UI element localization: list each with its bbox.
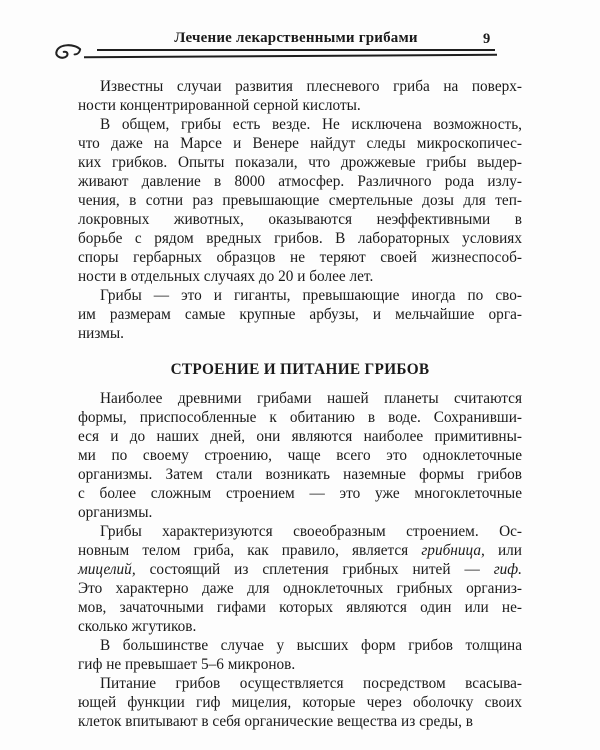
text-line: В большинстве случае у высших форм грибо… xyxy=(78,636,522,655)
paragraph: Известны случаи развития плесневого гриб… xyxy=(78,77,522,115)
text-line: борьбе с рядом вредных грибов. В лаборат… xyxy=(78,229,522,248)
text-line: сколько жгутиков. xyxy=(78,617,522,636)
paragraph: Питание грибов осуществляется посредство… xyxy=(78,674,522,731)
text-line: им размерам самые крупные арбузы, и мель… xyxy=(78,305,522,324)
text-line: ких грибков. Опыты показали, что дрожжев… xyxy=(78,153,522,172)
text-line: ми по своему строению, чаще всего это од… xyxy=(78,446,522,465)
text-line: новным телом гриба, как правило, являетс… xyxy=(78,541,522,560)
running-head-title: Лечение лекарственными грибами xyxy=(97,30,495,47)
paragraph: В общем, грибы есть везде. Не исключена … xyxy=(78,115,522,286)
text-line: мицелий, состоящий из сплетения грибных … xyxy=(78,560,522,579)
text-line: еся и до наших дней, они являются наибол… xyxy=(78,427,522,446)
header-rule-bottom xyxy=(84,53,497,58)
text-line: с более сложным строением — это уже мног… xyxy=(78,484,522,503)
paragraph: Грибы характеризуются своеобразным строе… xyxy=(78,522,522,636)
text-line: клеток впитывают в себя органические вещ… xyxy=(78,712,522,731)
text-line: ности в отдельных случаях до 20 и более … xyxy=(78,267,522,286)
text-line: чения, в сотни раз превышающие смертельн… xyxy=(78,191,522,210)
text-line: локровных животных, оказываются неэффект… xyxy=(78,210,522,229)
header-rule-top xyxy=(97,49,495,51)
text-line: В общем, грибы есть везде. Не исключена … xyxy=(78,115,522,134)
calligraphic-swash-icon xyxy=(52,44,82,61)
text-line: Грибы — это и гиганты, превышающие иногд… xyxy=(78,286,522,305)
paragraph: В большинстве случае у высших форм грибо… xyxy=(78,636,522,674)
text-line: Питание грибов осуществляется посредство… xyxy=(78,674,522,693)
text-line: Это характерно даже для одноклеточных гр… xyxy=(78,579,522,598)
text-line: ности концентрированной серной кислоты. xyxy=(78,96,522,115)
text-line: Грибы характеризуются своеобразным строе… xyxy=(78,522,522,541)
paragraph: Грибы — это и гиганты, превышающие иногд… xyxy=(78,286,522,343)
page-number: 9 xyxy=(483,31,490,48)
section-heading: СТРОЕНИЕ И ПИТАНИЕ ГРИБОВ xyxy=(78,360,522,379)
text-line: формы, приспособленные к обитанию в воде… xyxy=(78,408,522,427)
text-line: споры гербарных образцов не теряют своей… xyxy=(78,248,522,267)
text-line: организмы. Затем стали возникать наземны… xyxy=(78,465,522,484)
text-line: мов, зачаточными гифами которых являются… xyxy=(78,598,522,617)
paragraph: Наиболее древними грибами нашей планеты … xyxy=(78,389,522,522)
page-content: Известны случаи развития плесневого гриб… xyxy=(78,77,522,731)
text-line: что даже на Марсе и Венере найдут следы … xyxy=(78,134,522,153)
text-line: ющей функции гиф мицелия, которые через … xyxy=(78,693,522,712)
text-line: организмы. xyxy=(78,503,522,522)
text-line: живают давление в 8000 атмосфер. Различн… xyxy=(78,172,522,191)
text-line: низмы. xyxy=(78,324,522,343)
text-line: Известны случаи развития плесневого гриб… xyxy=(78,77,522,96)
text-line: Наиболее древними грибами нашей планеты … xyxy=(78,389,522,408)
book-page: Лечение лекарственными грибами 9 Известн… xyxy=(0,0,600,750)
text-line: гиф не превышает 5–6 микронов. xyxy=(78,655,522,674)
